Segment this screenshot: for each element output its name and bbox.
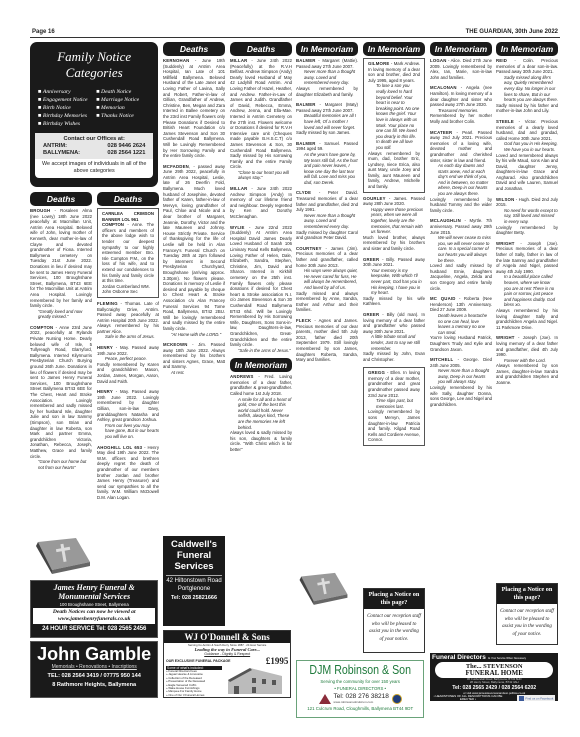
notice: WRIGHT - Joseph (Joe). Precious memories… xyxy=(496,241,558,331)
ad-phone[interactable]: 24 HOUR SERVICE Tel: 028 2565 2456 xyxy=(31,626,157,632)
notice-body: HENRY - May. Passed away 19th June 2022. xyxy=(97,345,159,356)
signatory: John Osborne Sec xyxy=(102,289,154,295)
gregg-box: GREGG - Ellen. In loving memory of a dea… xyxy=(363,367,425,446)
notice-body: GREER - Billy. Passed away 30th June 202… xyxy=(363,257,425,268)
notice-name: WILSON xyxy=(496,197,514,202)
notice-body: FLEMING - Thomas. Late of Ballycraighy D… xyxy=(97,301,159,335)
ad-title: James Henry Funeral & Monumental Service… xyxy=(31,581,157,601)
section-heading-memoriam: In Memoriam xyxy=(230,358,292,372)
facebook-link[interactable]: Find us on Facebook xyxy=(517,695,555,701)
notice-verse: Your memory is my keepsake, With which I… xyxy=(363,268,425,296)
notice-body: WILSON - Hugh. Died 2nd July 2015. xyxy=(496,197,558,208)
notice: AHOGHILL LOL 653 - Henry May died 19th J… xyxy=(97,445,159,501)
notice-tribute: Always remembered by mum, dad, brother E… xyxy=(368,151,420,190)
notice-body: MCALONAN - Angela (nee Hamilton). In lov… xyxy=(430,85,492,107)
notice: MITCHELL - George. Died 24th June 2005.N… xyxy=(430,357,492,407)
facebook-icon xyxy=(519,696,524,701)
notice-text: - Rosaleen Alma (nee Lowry) 18th June 20… xyxy=(30,208,92,308)
notice-verse: Never more than a thought away. Loved an… xyxy=(296,213,358,230)
notice: BROUGH - Rosaleen Alma (nee Lowry) 18th … xyxy=(30,208,92,320)
notice-text: - Joseph (Joe). Precious memories of a d… xyxy=(496,241,558,274)
newspaper-page: Page 16 THE GUARDIAN, 30th June 2022 Fam… xyxy=(30,28,560,708)
notice-tribute: Sadly missed by his wife Kathleen. xyxy=(363,296,425,307)
notice: BALMER - Margaret (Mattie). Passed away … xyxy=(296,58,358,97)
ad-phone[interactable]: Tel: 028 25821666 xyxy=(163,595,225,601)
notice-verse: "Close to our heart you will always stay… xyxy=(230,170,292,181)
notice-body: BALMER - Samuel. Passed 1994 aged 59. xyxy=(296,141,358,152)
ad-service: At Your Service When Necessary xyxy=(488,657,526,660)
publication-date: THE GUARDIAN, 30th June 2022 xyxy=(466,29,558,35)
odonnell-ad: WJ O'Donnell & Sons Serving Co.Antrim & … xyxy=(163,630,291,698)
ad-address: 42 Hiltonstown Road Portglenone xyxy=(163,578,225,593)
section-heading-memoriam: In Memoriam xyxy=(296,42,358,56)
notice-name: ANDREWS xyxy=(230,374,254,379)
notice-body: COURTNEY - James (Jim). Precious memorie… xyxy=(296,246,358,268)
office-name: BALLYMENA: xyxy=(43,150,80,156)
notice-verse: His ways were always quiet, He never car… xyxy=(296,268,358,290)
notice-tribute: Sadly missed by John, Evan and Christoph… xyxy=(363,351,425,362)
ad-address: 100 Broughshane Street, Ballymena xyxy=(31,602,157,607)
notice: FLECK - Agnes and James. Precious memori… xyxy=(296,318,358,363)
notice: COURTNEY - James (Jim). Precious memorie… xyxy=(296,246,358,313)
images-note: We accept images of individuals in all o… xyxy=(35,159,153,178)
ad-address: 121 Culcrum Road, Cloughmills, Ballymena… xyxy=(297,706,423,712)
notice-body: BALMER - Margaret (Mattie). Passed away … xyxy=(296,58,358,69)
notice-name: HENRY xyxy=(97,345,113,350)
notice-body: WRIGHT - Joseph (Joe). Precious memories… xyxy=(496,241,558,275)
ad-services: Memorials • Renovations • Inscriptions xyxy=(31,664,157,670)
ad-headstones: • HEADSTONES OF ALL DESCRIPTIONS CAN BE … xyxy=(433,695,503,701)
notice-tribute: Lovingly remembered by sons Mervyn, Jame… xyxy=(368,409,420,443)
notice-text: - June 22nd 2022 (Suddenly) At Antrim Ar… xyxy=(230,225,292,347)
facebook-label: Find us on Facebook xyxy=(525,696,553,700)
notice: MCKEOWN - Jim. Passed away 18th June 202… xyxy=(163,342,225,376)
placing-notice-box-2: Placing a Notice on this page? Contact o… xyxy=(496,583,558,645)
bible-cross-image xyxy=(32,536,94,574)
notice-text: - Pearl. Passed away 2nd July 2021. Prec… xyxy=(430,130,492,163)
category-item: Thanks Notice xyxy=(96,113,150,119)
notice-tribute: Always remembered by son James, daughter… xyxy=(496,363,558,385)
notice-verse: Sadly missed along life's way, Quietly r… xyxy=(496,75,558,103)
notice-name: BALMER xyxy=(296,58,316,63)
lodge-title: CARNLEA CRIMSON BANNER LOL 961 xyxy=(102,211,154,222)
notice-body: WRIGHT - Joseph (Joe). In loving memory … xyxy=(496,335,558,357)
notice-verse: As the years have gone by, My tears stil… xyxy=(296,152,358,186)
notices-list: MILLAR - June 24th 2022 (Peacefully) at … xyxy=(230,58,292,353)
ad-title-2: FUNERAL HOME xyxy=(435,670,553,677)
james-henry-ad: James Henry Funeral & Monumental Service… xyxy=(30,580,158,638)
office-phone: 028 2564 1221 xyxy=(107,150,145,156)
notice-body: CLYDE - Peter David. Treasured memories … xyxy=(296,190,358,212)
logo-triangle-icon xyxy=(319,694,331,704)
notice-tribute: Much loved brother, always remembered by… xyxy=(363,235,425,252)
section-heading-memoriam: In Memoriam xyxy=(363,42,425,56)
notice: REID - Colin. Precious memories of a dea… xyxy=(496,58,558,114)
notice-name: WRIGHT xyxy=(496,241,515,246)
notice: MCALONAN - Angela (nee Hamilton). In lov… xyxy=(430,85,492,124)
notice-verse: Time slips past, but memories last. xyxy=(368,398,420,409)
notice-body: MC QUAID - Roberta (Nee Henderson) 13th … xyxy=(430,296,492,313)
notice-verse: Death leaves a heartache no one can heal… xyxy=(430,313,492,335)
notice-name: GREER xyxy=(363,257,379,262)
notice-body: FLECK - Agnes and James. Precious memori… xyxy=(296,318,358,363)
notice: BALMER - Margaret (Maty) Passed away 27t… xyxy=(296,102,358,136)
notice-verse: In a beautiful place called heaven, wher… xyxy=(496,274,558,308)
notice-name: WRIGHT xyxy=(496,335,515,340)
memoriam-column-8: In MemoriamREID - Colin. Precious memori… xyxy=(496,42,558,577)
page-header: Page 16 THE GUARDIAN, 30th June 2022 xyxy=(30,28,560,38)
notice-name: COMPTON xyxy=(30,325,53,330)
section-heading-deaths: Deaths xyxy=(163,42,225,56)
placing-title: Placing a Notice on this page? xyxy=(364,589,424,609)
notice-body: WYLIE - June 22nd 2022 (Suddenly) At Ant… xyxy=(230,225,292,348)
notice-tribute: Sadly missed by daughter Carol and grand… xyxy=(296,230,358,241)
notice: GREER - Billy. Passed away 30th June 202… xyxy=(363,257,425,307)
categories-list: AnniversaryDeath NoticeEngagement Notice… xyxy=(33,89,155,127)
notice-name: MCALONAN xyxy=(430,85,457,90)
deaths-column-2: Deaths CARNLEA CRIMSON BANNER LOL 961 CO… xyxy=(97,192,159,547)
notice: LOGAN - Alice. Died 27th June 2009. Lovi… xyxy=(430,58,492,80)
ad-address: 8 Rathmore Heights, Ballymena xyxy=(31,682,157,688)
notice: CLYDE - Peter David. Treasured memories … xyxy=(296,190,358,240)
notice-name: GOURLEY xyxy=(363,196,386,201)
ad-tagline: Serving the community for over 150 years xyxy=(297,679,423,684)
notice-tribute: You're loving Husband Patrick, Daughters… xyxy=(430,335,492,352)
notice-tribute: Sadly missed by his father and mother-in… xyxy=(496,103,558,114)
categories-title: Family Notice Categories xyxy=(33,49,155,81)
notice-verse: As each day dawns and starts anew, And a… xyxy=(430,163,492,197)
notice-name: MILLAR xyxy=(230,186,247,191)
notice-name: MCKEOWN xyxy=(163,342,188,347)
notice: GILMORE - Mark Andrew. In loving memory … xyxy=(368,61,420,190)
category-item: Death Notice xyxy=(96,89,150,95)
category-item: Anniversary xyxy=(38,89,92,95)
notice-name: FLEMING xyxy=(97,301,118,306)
notice: HENRY - May. Passed away 19th June 2022.… xyxy=(97,345,159,384)
notice-body: AHOGHILL LOL 653 - Henry May died 19th J… xyxy=(97,445,159,501)
caldwell-ad: Caldwell's Funeral Services 42 Hiltonsto… xyxy=(163,536,225,626)
notice-body: MILLAR - June 24th 2022 (Peacefully) at … xyxy=(230,58,292,170)
included-list: » Funeral Directors Fees» Jaguar Hearse … xyxy=(166,670,222,697)
notice: WYLIE - June 22nd 2022 (Suddenly) At Ant… xyxy=(230,225,292,354)
notice-name: WYLIE xyxy=(230,225,245,230)
notices-list: GOURLEY - James. Passed away 28th June 2… xyxy=(363,196,425,363)
contact-label: Contact our Offices at: xyxy=(43,136,145,142)
funeral-home-photo: Mount St Dalhousie, Funeral Home xyxy=(222,666,290,698)
notice-tribute: Always loved & sadly missed by his son, … xyxy=(230,430,292,452)
notice-body: GREGG - Ellen. In loving memory of a dea… xyxy=(368,370,420,398)
notice-name: MILLAR xyxy=(230,58,247,63)
notice: FLEMING - Thomas. Late of Ballycraighy D… xyxy=(97,301,159,340)
notice-text: - June 24th 2022 (Peacefully) at the R.V… xyxy=(230,58,292,169)
deaths-column-3: Deaths KERNOHAN - June 19th (Suddenly) a… xyxy=(163,42,225,532)
section-heading-deaths: Deaths xyxy=(30,192,92,206)
package-label: OUR EXCLUSIVE FUNERAL PACKAGE xyxy=(166,659,230,663)
notice: STEELE - Victor. Precious memories of a … xyxy=(496,119,558,192)
notice-name: MCATEER xyxy=(430,130,452,135)
notice-name: FLECK xyxy=(296,318,311,323)
notices-list: BROUGH - Rosaleen Alma (nee Lowry) 18th … xyxy=(30,208,92,470)
notice-verse: Never more than a thought away, Deep in … xyxy=(430,368,492,385)
placing-title: Placing a Notice on this page? xyxy=(497,584,557,604)
category-item: Birthday Memories xyxy=(38,113,92,119)
notice-body: MCKEOWN - Jim. Passed away 18th June 202… xyxy=(163,342,225,370)
notice: MCLAUGHLIN - Myrtle. 7th anniversary. Pa… xyxy=(430,218,492,291)
ad-title: Caldwell's Funeral Services xyxy=(166,536,222,576)
notice-verse: A little tribute small and tender, Just … xyxy=(363,334,425,351)
notice: ANDREWS - Fred. Loving memories of a dea… xyxy=(230,374,292,452)
notice-name: STEELE xyxy=(496,119,514,124)
notice-verse: "Greatly loved and now greatly missed." xyxy=(30,309,92,320)
notice: MCFADDEN, - passed away June 29th 2022, … xyxy=(163,164,225,337)
office-name: ANTRIM: xyxy=(43,143,67,149)
notice: WRIGHT - Joseph (Joe). In loving memory … xyxy=(496,335,558,385)
category-item: Birth Notice xyxy=(38,105,92,111)
notice-body: BALMER - Margaret (Maty) Passed away 27t… xyxy=(296,102,358,113)
notice-name: HENRY xyxy=(97,389,113,394)
notices-list: LOGAN - Alice. Died 27th June 2009. Lovi… xyxy=(430,58,492,407)
notice: BALMER - Samuel. Passed 1994 aged 59.As … xyxy=(296,141,358,186)
notice-name: COMPTON xyxy=(102,222,124,227)
notice: MILLAR - June 24th 2022 (Peacefully) at … xyxy=(230,58,292,181)
notice-name: MC QUAID xyxy=(430,296,456,301)
notice: GREGG - Ellen. In loving memory of a dea… xyxy=(368,370,420,443)
notice: COMPTON - Anne 23rd June 2022, peacefull… xyxy=(30,325,92,470)
notice-body: GILMORE - Mark Andrew. In loving memory … xyxy=(368,61,420,83)
notice-verse: From our lives you may have gone, But in… xyxy=(97,423,159,440)
notice-name: MCLAUGHLIN xyxy=(430,218,461,223)
notice-name: MITCHELL xyxy=(430,357,453,362)
notices-list: FLEMING - Thomas. Late of Ballycraighy D… xyxy=(97,301,159,501)
notice-text: - May. Passed away 19th June 2022. Lovin… xyxy=(97,389,159,422)
placing-body: Contact our reception staff who will be … xyxy=(497,604,557,642)
category-item: Birthday Wishes xyxy=(38,121,92,127)
notices-list: KERNOHAN - June 19th (Suddenly) at Antri… xyxy=(163,58,225,376)
notice-tribute: Lovingly remembered by his wife Sally, d… xyxy=(430,385,492,407)
ad-role: • FUNERAL DIRECTORS • xyxy=(297,686,423,691)
section-heading-deaths: Deaths xyxy=(230,42,292,56)
notice-name: BALMER xyxy=(296,141,316,146)
notice: WILSON - Hugh. Died 2nd July 2015.No nee… xyxy=(496,197,558,236)
notice-tribute: Loved and remembered always by his wife … xyxy=(496,153,558,192)
crest-icon xyxy=(392,694,402,704)
notice-name: MCFADDEN xyxy=(163,164,189,169)
placing-body: Contact our reception staff who will be … xyxy=(364,609,424,647)
notice-text: - June 19th (Suddenly) at Antrim Area Ho… xyxy=(163,58,225,158)
notice-tribute: Loved and sadly missed by husband Ernie,… xyxy=(430,263,492,291)
notice-verse: Happy were those precious years, when we… xyxy=(363,207,425,235)
ad-title: DJM Robinson & Son xyxy=(306,663,413,677)
notice: KERNOHAN - June 19th (Suddenly) at Antri… xyxy=(163,58,225,159)
section-heading-memoriam: In Memoriam xyxy=(496,42,558,56)
notice-verse: "At Home with the LORD." xyxy=(163,332,225,338)
notice-name: AHOGHILL LOL 653 xyxy=(97,445,142,450)
notice-tribute: Always remembered by his loving daughter… xyxy=(496,308,558,330)
ad-web[interactable]: www.robinsonsofculcrum.com xyxy=(334,700,389,704)
notice-tribute: Sadly missed and always remembered by An… xyxy=(296,291,358,313)
stevenson-ad: Funeral Directors At Your Service When N… xyxy=(430,653,558,701)
notice-text: - Agnes and James. Precious memories of … xyxy=(296,318,358,362)
notice-tribute: Lovingly remembered by daughter Betty. xyxy=(496,225,558,236)
category-item: Memorian xyxy=(96,105,150,111)
notice-verse: A smile for all and a heart of gold, One… xyxy=(230,397,292,431)
notice-body: REID - Colin. Precious memories of a dea… xyxy=(496,58,558,75)
category-item: Marriage Notice xyxy=(96,97,150,103)
notice-body: GREER - Billy (old man). In loving memor… xyxy=(363,312,425,334)
notice-body: GOURLEY - James. Passed away 28th June 2… xyxy=(363,196,425,207)
placing-notice-box: Placing a Notice on this page? Contact o… xyxy=(363,588,425,653)
notice-body: MCFADDEN, - passed away June 29th 2022, … xyxy=(163,164,225,332)
notice-body: HENRY - May. Passed away 19th June 2022.… xyxy=(97,389,159,423)
notice-text: - Henry May died 19th June 2022. The W.M… xyxy=(97,445,159,500)
deaths-column-1: Deaths BROUGH - Rosaleen Alma (nee Lowry… xyxy=(30,192,92,532)
notice-name: REID xyxy=(496,58,507,63)
notice: MCATEER - Pearl. Passed away 2nd July 20… xyxy=(430,130,492,214)
notice-body: ANDREWS - Fred. Loving memories of a dea… xyxy=(230,374,292,396)
notice-tribute: Lovingly remembered by husband Tommy and… xyxy=(430,197,492,214)
ad-notice[interactable]: Death Notices can now be viewed at www.j… xyxy=(33,608,155,624)
notice-text: , - passed away June 29th 2022, peaceful… xyxy=(163,164,225,331)
notice: MC QUAID - Roberta (Nee Henderson) 13th … xyxy=(430,296,492,352)
section-heading-memoriam: In Memoriam xyxy=(430,42,492,56)
ad-phone[interactable]: Tel: 028 276 38218 xyxy=(334,693,389,700)
notice-text: - Anne. The officers and members of the … xyxy=(102,222,154,283)
notice-body: MILLAR - June 24th 2022 Andrew Simpson (… xyxy=(230,186,292,220)
ad-web[interactable]: www.wjfunerals.com xyxy=(166,697,222,698)
notice-body: MITCHELL - George. Died 24th June 2005. xyxy=(430,357,492,368)
notices-list: BALMER - Margaret (Mattie). Passed away … xyxy=(296,58,358,363)
notice-name: COURTNEY xyxy=(296,246,322,251)
notice-body: KERNOHAN - June 19th (Suddenly) at Antri… xyxy=(163,58,225,159)
bible-cross-image-2 xyxy=(296,568,358,608)
notice-text: - Anne 23rd June 2022, peacefully at Ryl… xyxy=(30,325,92,459)
lodge-notice-box: CARNLEA CRIMSON BANNER LOL 961 COMPTON -… xyxy=(97,208,159,298)
notice-body: LOGAN - Alice. Died 27th June 2009. Lovi… xyxy=(430,58,492,80)
notice-name: GILMORE xyxy=(368,61,389,66)
ad-label: Funeral Directors xyxy=(432,654,486,661)
notice-name: LOGAN xyxy=(430,58,447,63)
section-heading-deaths: Deaths xyxy=(97,192,159,206)
memoriam-column-6: In Memoriam GILMORE - Mark Andrew. In lo… xyxy=(363,42,425,652)
notice: MILLAR - June 24th 2022 Andrew Simpson (… xyxy=(230,186,292,220)
notice-body: MCLAUGHLIN - Myrtle. 7th anniversary. Pa… xyxy=(430,218,492,235)
notice-tribute: Sadly missed by son James. xyxy=(296,130,358,136)
ad-title: John Gamble xyxy=(31,644,157,664)
notice-tribute: Fondly remembered by Karen and grandchil… xyxy=(97,362,159,384)
notice-text: - Thomas. Late of Ballycraighy Drive, An… xyxy=(97,301,159,334)
notice-name: CLYDE xyxy=(296,190,311,195)
notice-verse: "Safe in the arms of Jesus." xyxy=(230,348,292,354)
notice-name: GREGG xyxy=(368,370,385,375)
contact-offices: Contact our Offices at: ANTRIM:028 9446 … xyxy=(35,133,153,159)
notice-verse: God has you in His keeping, We have you … xyxy=(496,141,558,152)
notice-name: BALMER xyxy=(296,102,316,107)
notice-name: GREER xyxy=(363,312,379,317)
notice-body: MCATEER - Pearl. Passed away 2nd July 20… xyxy=(430,130,492,164)
page-number: Page 16 xyxy=(32,29,55,35)
notice-verse: Safe in the arms of Jesus. xyxy=(97,334,159,340)
notice-verse: No need for words except to say, Still l… xyxy=(496,208,558,225)
family-notice-categories: Family Notice Categories AnniversaryDeat… xyxy=(30,42,158,187)
notice-verse: To lose a son you really loved Is hard b… xyxy=(368,83,420,150)
gilmore-box: GILMORE - Mark Andrew. In loving memory … xyxy=(363,58,425,193)
notice-body: BROUGH - Rosaleen Alma (nee Lowry) 18th … xyxy=(30,208,92,309)
deaths-column-4: Deaths MILLAR - June 24th 2022 (Peaceful… xyxy=(230,42,292,617)
office-phone: 028 9446 2624 xyxy=(107,143,145,149)
notice-verse: Beautiful memories are all I have left, … xyxy=(296,113,358,130)
notice-name: KERNOHAN xyxy=(163,58,189,63)
notice-name: BROUGH xyxy=(30,208,50,213)
notice-body: COMPTON - Anne 23rd June 2022, peacefull… xyxy=(30,325,92,459)
notice: HENRY - May. Passed away 19th June 2022.… xyxy=(97,389,159,439)
notice-verse: We will never cease to miss you, we will… xyxy=(430,235,492,263)
package-price: £1995 xyxy=(266,656,289,666)
notice: GREER - Billy (old man). In loving memor… xyxy=(363,312,425,362)
notice-verse: "Gone from our home but not from our hea… xyxy=(30,459,92,470)
john-gamble-ad: John Gamble Memorials • Renovations • In… xyxy=(30,641,158,698)
memoriam-column-7: In Memoriam LOGAN - Alice. Died 27th Jun… xyxy=(430,42,492,642)
notice: GOURLEY - James. Passed away 28th June 2… xyxy=(363,196,425,252)
ad-phone[interactable]: TEL: 028 2564 3419 / 07775 950 144 xyxy=(31,673,157,679)
notice-verse: At rest. xyxy=(163,370,225,376)
djm-robinson-ad: DJM Robinson & Son Serving the community… xyxy=(296,660,424,718)
ad-title: WJ O'Donnell & Sons xyxy=(164,631,290,643)
notices-list: ANDREWS - Fred. Loving memories of a dea… xyxy=(230,374,292,452)
notice-tribute: Remembered by her mother Molly and broth… xyxy=(430,113,492,124)
category-item: Engagement Notice xyxy=(38,97,92,103)
notice-text: - June 24th 2022 Andrew Simpson (Andy) I… xyxy=(230,186,292,219)
notice-tribute: Always remembered by daughter Elizabeth … xyxy=(296,86,358,97)
notice-body: STEELE - Victor. Precious memories of a … xyxy=(496,119,558,141)
notice-verse: Never more than a thought away. Loved an… xyxy=(296,69,358,86)
